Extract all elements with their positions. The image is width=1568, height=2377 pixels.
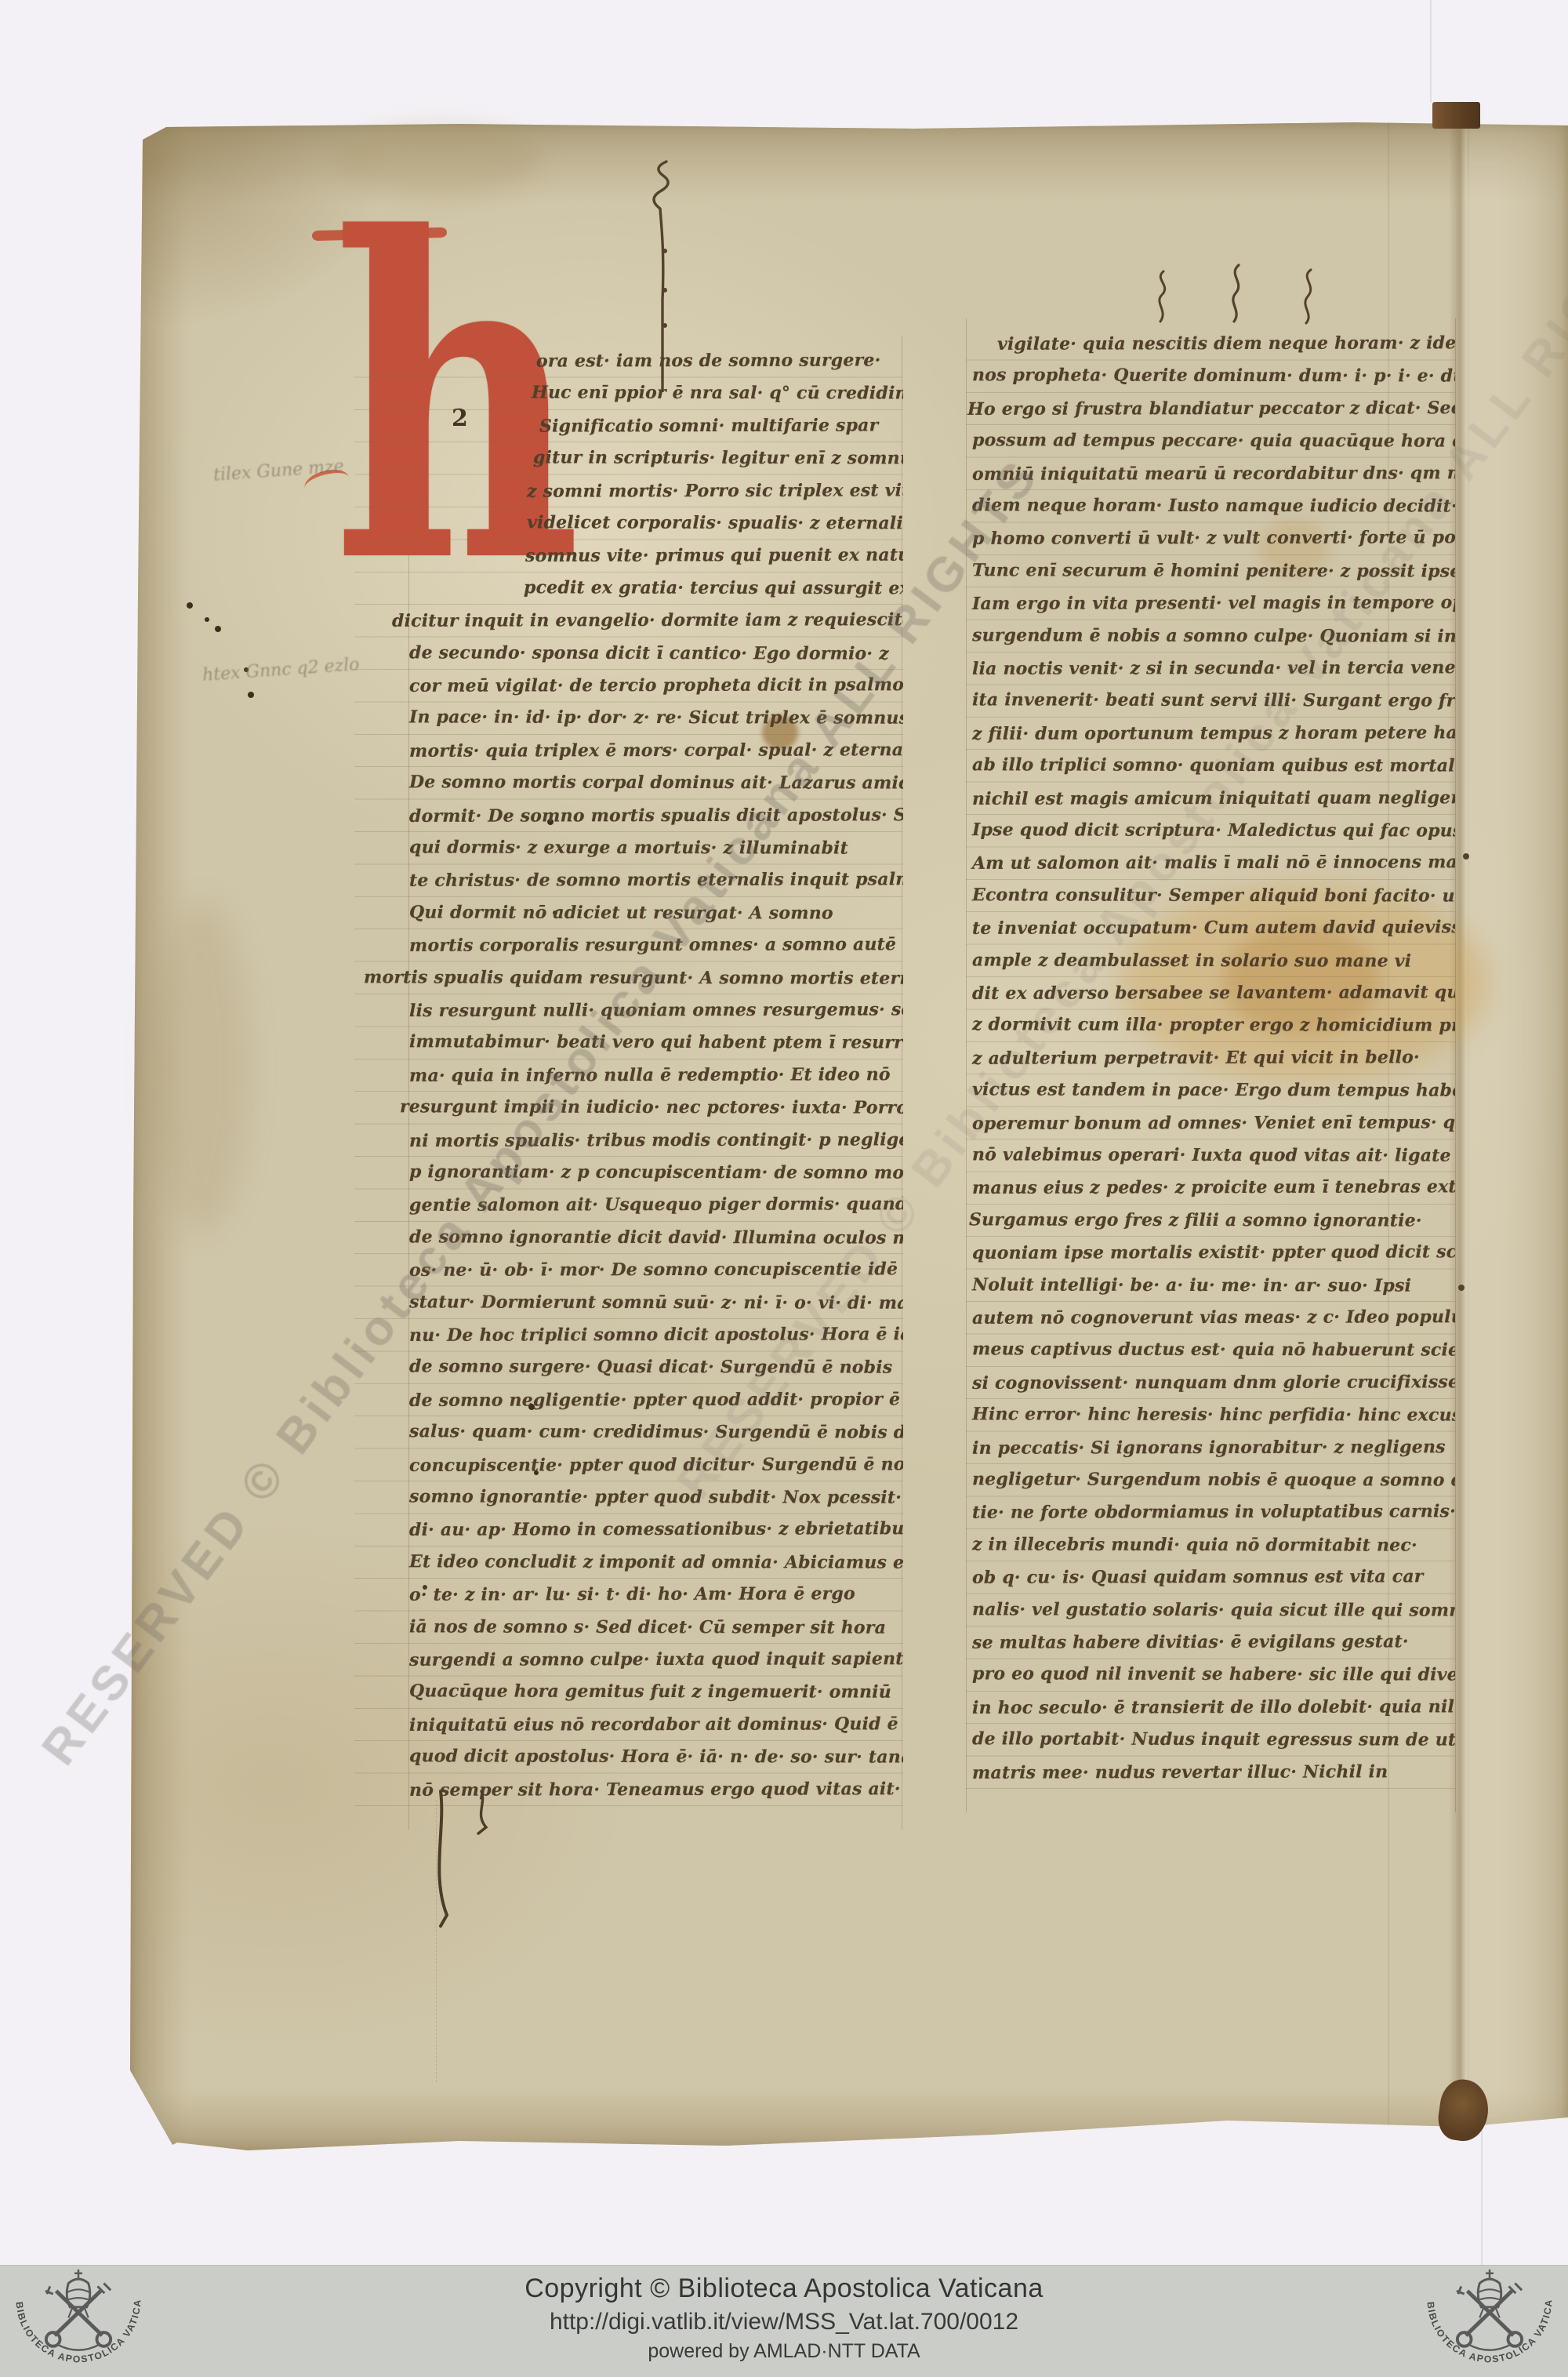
manuscript-line: di· au· ap· Homo in comessationibus· z e… <box>409 1514 903 1547</box>
manuscript-line: dicitur inquit in evangelio· dormite iam… <box>392 604 903 638</box>
manuscript-line: iniquitatū eius nō recordabor ait dominu… <box>409 1708 903 1742</box>
manuscript-line: negligetur· Surgendum nobis ē quoque a s… <box>972 1463 1455 1497</box>
manuscript-line: resurgunt impii in iudicio· nec pctores·… <box>400 1091 903 1125</box>
manuscript-line: Et ideo concludit z imponit ad omnia· Ab… <box>409 1546 903 1579</box>
manuscript-line: In pace· in· id· ip· dor· z· re· Sicut t… <box>409 702 903 736</box>
manuscript-line: Hinc error· hinc heresis· hinc perfidia·… <box>972 1398 1455 1432</box>
manuscript-line: nichil est magis amicum iniquitati quam … <box>972 782 1455 816</box>
manuscript-line: pcedit ex gratia· tercius qui assurgit e… <box>524 572 903 605</box>
digitized-manuscript-photo: h 2 ora est· iam nos de somno surgere·Hu… <box>0 0 1568 2377</box>
manuscript-line: in hoc seculo· ē transierit de illo dole… <box>972 1691 1455 1725</box>
manuscript-line: mortis· quia triplex ē mors· corpal· spu… <box>409 734 903 768</box>
manuscript-line: manus eius z pedes· z proicite eum ī ten… <box>972 1171 1455 1205</box>
pen-flourish-icon <box>423 1790 517 1931</box>
manuscript-line: os· ne· ū· ob· ī· mor· De somno concupis… <box>409 1253 903 1287</box>
backdrop-seam <box>1481 2117 1483 2266</box>
manuscript-line: p homo converti ū vult· z vult converti·… <box>972 522 1455 556</box>
pen-flourish-icon <box>1151 268 1173 325</box>
manuscript-line: Huc enī ppior ē nra sal· q° cū credidim· <box>532 377 903 410</box>
powered-by-line: powered by AMLAD·NTT DATA <box>0 2340 1568 2363</box>
manuscript-line: Qui dormit nō adiciet ut resurgat· A som… <box>409 896 833 930</box>
manuscript-line: somno ignorantie· ppter quod subdit· Nox… <box>409 1481 902 1514</box>
manuscript-line: omniū iniquitatū mearū ū recordabitur dn… <box>972 457 1455 491</box>
manuscript-line: autem nō cognoverunt vias meas· z c· Ide… <box>972 1301 1455 1335</box>
manuscript-line: Econtra consulitur· Semper aliquid boni … <box>972 879 1455 913</box>
manuscript-line: quoniam ipse mortalis existit· ppter quo… <box>972 1236 1455 1270</box>
manuscript-line: concupiscentie· ppter quod dicitur· Surg… <box>409 1448 903 1482</box>
pen-flourish-icon <box>1225 262 1247 325</box>
manuscript-line: ample z deambulasset in solario suo mane… <box>972 944 1411 978</box>
copyright-line: Copyright © Biblioteca Apostolica Vatica… <box>0 2273 1568 2304</box>
pen-flourish-icon <box>1295 267 1319 326</box>
backdrop-seam <box>1430 0 1432 102</box>
manuscript-line: operemur bonum ad omnes· Veniet enī temp… <box>972 1107 1455 1140</box>
manuscript-line: si cognovissent· nunquam dnm glorie cruc… <box>972 1366 1455 1400</box>
manuscript-line: de somno surgere· Quasi dicat· Surgendū … <box>409 1351 892 1385</box>
manuscript-line: videlicet corporalis· spualis· z eternal… <box>527 507 903 540</box>
manuscript-line: gitur in scripturis· legitur enī z somnu… <box>533 442 903 476</box>
manuscript-line: Noluit intelligi· be· a· iu· me· in· ar·… <box>972 1269 1411 1303</box>
manuscript-line: ob q· cu· is· Quasi quidam somnus est vi… <box>972 1561 1424 1594</box>
manuscript-line: dormit· De somno mortis spualis dicit ap… <box>409 799 903 833</box>
manuscript-line: diem neque horam· Iusto namque iudicio d… <box>972 489 1455 523</box>
manuscript-line: Tunc enī securum ē homini penitere· z po… <box>972 554 1455 588</box>
manuscript-line: lis resurgunt nulli· quoniam omnes resur… <box>409 994 903 1027</box>
manuscript-line: z in illecebris mundi· quia nō dormitabi… <box>972 1528 1417 1562</box>
manuscript-line: mortis corporalis resurgunt omnes· a som… <box>409 929 896 962</box>
manuscript-line: z adulterium perpetravit· Et qui vicit i… <box>972 1041 1420 1075</box>
manuscript-line: se multas habere divitias· ē evigilans g… <box>972 1626 1409 1659</box>
manuscript-line: tie· ne forte obdormiamus in voluptatibu… <box>972 1496 1455 1530</box>
manuscript-line: nalis· vel gustatio solaris· quia sicut … <box>972 1594 1455 1627</box>
manuscript-line: Surgamus ergo fres z filii a somno ignor… <box>969 1204 1422 1238</box>
manuscript-line: de secundo· sponsa dicit ī cantico· Ego … <box>409 637 889 671</box>
manuscript-line: nō valebimus operari· Iuxta quod vitas a… <box>972 1139 1451 1172</box>
vatican-library-emblem-icon: BIBLIOTECA APOSTOLICA VATICANA <box>5 2263 152 2375</box>
vatican-library-emblem-icon: BIBLIOTECA APOSTOLICA VATICANA <box>1416 2263 1563 2375</box>
manuscript-line: Quacūque hora gemitus fuit z ingemuerit·… <box>409 1676 891 1710</box>
manuscript-line: Am ut salomon ait· malis ī mali nō ē inn… <box>972 847 1455 881</box>
manuscript-line: te inveniat occupatum· Cum autem david q… <box>972 911 1455 945</box>
pen-flourish-icon <box>644 157 679 392</box>
manuscript-line: salus· quam· cum· credidimus· Surgendū ē… <box>409 1416 903 1449</box>
manuscript-line: Significatio somni· multifarie spar <box>539 409 879 443</box>
manuscript-line: meus captivus ductus est· quia nō habuer… <box>972 1334 1455 1368</box>
wormholes <box>0 0 3 3</box>
manuscript-line: iā nos de somno s· Sed dicet· Cū semper … <box>409 1611 886 1645</box>
manuscript-line: p ignorantiam· z p concupiscentiam· de s… <box>409 1156 903 1190</box>
manuscript-line: Ho ergo si frustra blandiatur peccator z… <box>967 392 1455 426</box>
source-url: http://digi.vatlib.it/view/MSS_Vat.lat.7… <box>0 2309 1568 2335</box>
manuscript-line: in peccatis· Si ignorans ignorabitur· z … <box>972 1431 1446 1465</box>
manuscript-line: ita invenerit· beati sunt servi illi· Su… <box>972 685 1455 718</box>
manuscript-line: lia noctis venit· z si in secunda· vel i… <box>972 652 1455 685</box>
manuscript-line: cor meū vigilat· de tercio propheta dici… <box>409 669 903 703</box>
manuscript-line: surgendum ē nobis a somno culpe· Quoniam… <box>972 620 1455 653</box>
manuscript-line: ni mortis spualis· tribus modis contingi… <box>409 1124 903 1158</box>
manuscript-line: gentie salomon ait· Usquequo piger dormi… <box>409 1188 903 1222</box>
manuscript-line: Ipse quod dicit scriptura· Maledictus qu… <box>972 814 1455 848</box>
manuscript-line: nu· De hoc triplici somno dicit apostolu… <box>409 1318 903 1352</box>
manuscript-line: vigilate· quia nescitis diem neque horam… <box>997 328 1455 361</box>
manuscript-line: z filii· dum oportunum tempus z horam pe… <box>972 717 1455 751</box>
manuscript-line: possum ad tempus peccare· quia quacūque … <box>972 424 1455 458</box>
manuscript-line: surgendi a somno culpe· iuxta quod inqui… <box>409 1643 903 1677</box>
manuscript-line: mortis spualis quidam resurgunt· A somno… <box>364 961 903 995</box>
manuscript-line: immutabimur· beati vero qui habent ptem … <box>409 1027 903 1060</box>
manuscript-line: qui dormis· z exurge a mortuis· z illumi… <box>409 831 848 865</box>
manuscript-line: ma· quia in inferno nulla ē redemptio· E… <box>409 1059 891 1092</box>
manuscript-line: z somni mortis· Porro sic triplex est vi… <box>527 474 903 508</box>
manuscript-line: o· te· z in· ar· lu· si· t· di· ho· Am· … <box>409 1578 855 1612</box>
manuscript-line: De somno mortis corpal dominus ait· Laza… <box>409 766 903 800</box>
manuscript-line: pro eo quod nil invenit se habere· sic i… <box>972 1659 1455 1692</box>
right-text-column: vigilate· quia nescitis diem neque horam… <box>966 328 1455 1791</box>
manuscript-line: nos propheta· Querite dominum· dum· i· p… <box>972 360 1455 394</box>
left-text-column: ora est· iam nos de somno surgere·Huc en… <box>354 345 903 1808</box>
manuscript-line: de illo portabit· Nudus inquit egressus … <box>972 1723 1455 1757</box>
manuscript-line: matris mee· nudus revertar illuc· Nichil… <box>972 1756 1388 1790</box>
ruling-line <box>1455 318 1456 1812</box>
next-folio-edge <box>1469 122 1568 2150</box>
manuscript-line: victus est tandem in pace· Ergo dum temp… <box>972 1074 1455 1107</box>
manuscript-line: z dormivit cum illa· propter ergo z homi… <box>972 1009 1455 1043</box>
manuscript-line: de somno negligentie· ppter quod addit· … <box>409 1383 903 1417</box>
manuscript-line: te christus· de somno mortis eternalis i… <box>409 863 903 897</box>
manuscript-line: ora est· iam nos de somno surgere· <box>536 345 881 378</box>
footer-bar: Copyright © Biblioteca Apostolica Vatica… <box>0 2265 1568 2377</box>
manuscript-line: dit ex adverso bersabee se lavantem· ada… <box>972 976 1455 1010</box>
manuscript-line: de somno ignorantie dicit david· Illumin… <box>409 1221 903 1255</box>
binding-notch <box>1432 102 1480 129</box>
manuscript-line: Iam ergo in vita presenti· vel magis in … <box>972 587 1455 620</box>
manuscript-line: statur· Dormierunt somnū suū· z· ni· ī· … <box>409 1286 903 1320</box>
manuscript-line: somnus vite· primus qui puenit ex natura… <box>525 539 903 572</box>
manuscript-line: quod dicit apostolus· Hora ē· iā· n· de·… <box>409 1740 903 1774</box>
manuscript-line: ab illo triplici somno· quoniam quibus e… <box>972 749 1455 783</box>
